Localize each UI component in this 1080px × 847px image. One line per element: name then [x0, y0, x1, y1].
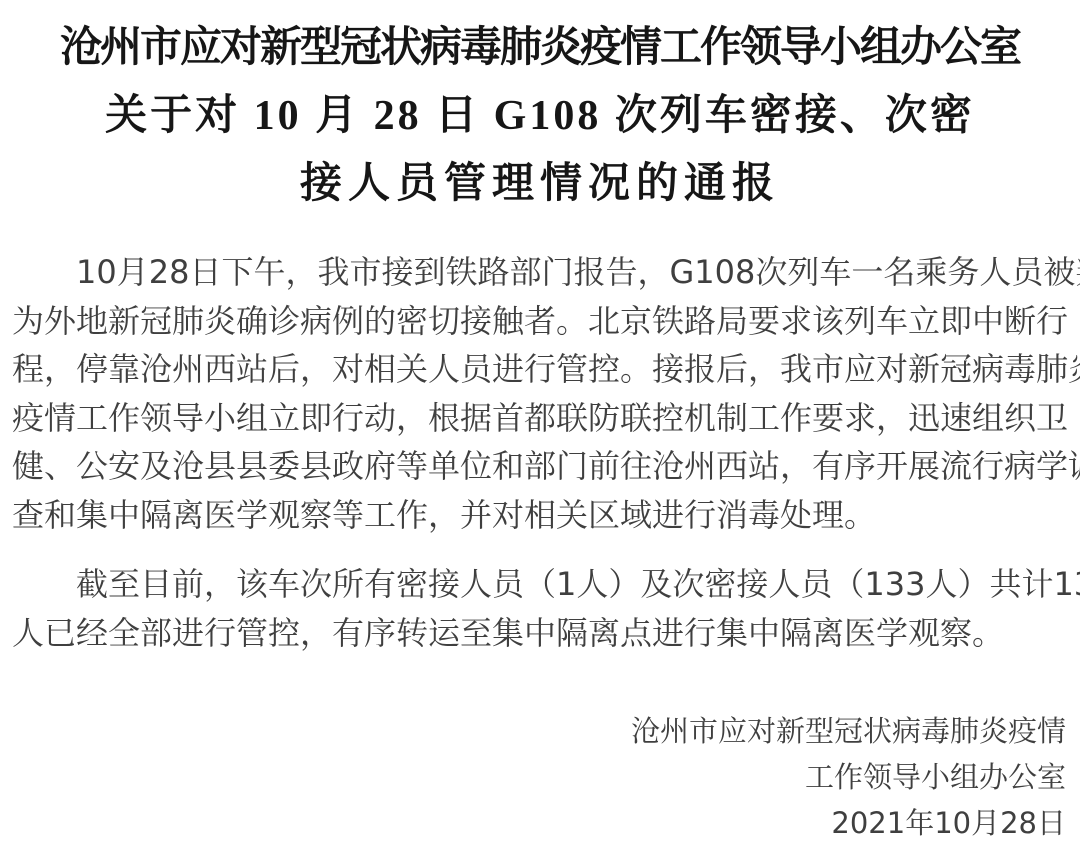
document-body: 10月28日下午，我市接到铁路部门报告，G108次列车一名乘务人员被判定 为外地… — [12, 248, 1068, 657]
paragraph-1-line-5: 健、公安及沧县县委县政府等单位和部门前往沧州西站，有序开展流行病学调 — [12, 442, 1068, 491]
notice-document: 沧州市应对新型冠状病毒肺炎疫情工作领导小组办公室 关于对 10 月 28 日 G… — [0, 0, 1080, 847]
paragraph-status: 截至目前，该车次所有密接人员（1人）及次密接人员（133人）共计134 人已经全… — [12, 560, 1068, 657]
signature-org-line-1: 沧州市应对新型冠状病毒肺炎疫情 — [0, 708, 1066, 754]
signature-block: 沧州市应对新型冠状病毒肺炎疫情 工作领导小组办公室 2021年10月28日 — [0, 708, 1066, 846]
paragraph-1-line-3: 程，停靠沧州西站后，对相关人员进行管控。接报后，我市应对新冠病毒肺炎 — [12, 345, 1068, 394]
title-line-2: 关于对 10 月 28 日 G108 次列车密接、次密 — [0, 82, 1080, 150]
paragraph-2-line-2: 人已经全部进行管控，有序转运至集中隔离点进行集中隔离医学观察。 — [12, 609, 1068, 658]
document-title: 沧州市应对新型冠状病毒肺炎疫情工作领导小组办公室 关于对 10 月 28 日 G… — [0, 0, 1080, 218]
paragraph-1-line-1: 10月28日下午，我市接到铁路部门报告，G108次列车一名乘务人员被判定 — [12, 248, 1068, 297]
paragraph-1-line-2: 为外地新冠肺炎确诊病例的密切接触者。北京铁路局要求该列车立即中断行 — [12, 297, 1068, 346]
signature-date: 2021年10月28日 — [0, 800, 1066, 846]
title-line-1: 沧州市应对新型冠状病毒肺炎疫情工作领导小组办公室 — [0, 14, 1080, 82]
signature-org-line-2: 工作领导小组办公室 — [0, 754, 1066, 800]
paragraph-2-line-1: 截至目前，该车次所有密接人员（1人）及次密接人员（133人）共计134 — [12, 560, 1068, 609]
paragraph-1-line-4: 疫情工作领导小组立即行动，根据首都联防联控机制工作要求，迅速组织卫 — [12, 394, 1068, 443]
paragraph-report: 10月28日下午，我市接到铁路部门报告，G108次列车一名乘务人员被判定 为外地… — [12, 248, 1068, 539]
paragraph-1-line-6: 查和集中隔离医学观察等工作，并对相关区域进行消毒处理。 — [12, 491, 1068, 540]
title-line-3: 接人员管理情况的通报 — [0, 150, 1080, 218]
